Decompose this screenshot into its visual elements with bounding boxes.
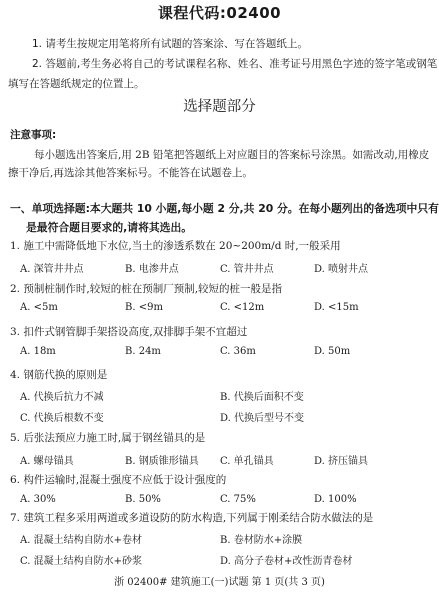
question-stem: 1. 施工中需降低地下水位,当土的渗透系数在 20~200m/d 时,一般采用 (10, 238, 341, 253)
notes-heading: 注意事项: (10, 127, 56, 142)
option-a: A. 深管井井点 (20, 260, 84, 275)
course-code-heading: 课程代码:02400 (0, 2, 439, 23)
option-d: D. 高分子卷材+改性沥青卷材 (220, 552, 352, 567)
option-c: C. 36m (220, 346, 256, 357)
option-c: C. 75% (220, 494, 256, 505)
option-b: B. 代换后面积不变 (220, 388, 304, 403)
part-one-heading-1: 一、单项选择题:本大题共 10 小题,每小题 2 分,共 20 分。在每小题列出… (10, 201, 439, 216)
option-b: B. 卷材防水+涂膜 (220, 531, 302, 546)
option-b: B. 电渗井点 (125, 260, 179, 275)
option-c: C. 代换后根数不变 (20, 409, 104, 424)
option-a: A. 30% (20, 494, 56, 505)
question-stem: 5. 后张法预应力施工时,属于钢丝锚具的是 (10, 430, 205, 445)
instruction-1: 1. 请考生按规定用笔将所有试题的答案涂、写在答题纸上。 (32, 36, 308, 51)
question-stem: 4. 钢筋代换的原则是 (10, 367, 107, 382)
option-c: C. 管井井点 (220, 260, 274, 275)
section-title: 选择题部分 (0, 95, 439, 116)
question-stem: 2. 预制桩制作时,较短的桩在预制厂预制,较短的桩一般是指 (10, 281, 282, 296)
option-b: B. 50% (125, 494, 161, 505)
option-c: C. 混凝土结构自防水+砂浆 (20, 552, 142, 567)
option-d: D. 代换后型号不变 (220, 409, 304, 424)
part-one-heading-2: 是最符合题目要求的,请将其选出。 (26, 220, 192, 235)
instruction-2: 2. 答题前,考生务必将自己的考试课程名称、姓名、准考证号用黑色字迹的签字笔或钢… (32, 56, 437, 71)
option-c: C. <12m (220, 302, 264, 313)
question-stem: 7. 建筑工程多采用两道或多道设防的防水构造,下列属于刚柔结合防水做法的是 (10, 510, 373, 525)
option-d: D. 挤压锚具 (314, 452, 368, 467)
option-d: D. 喷射井点 (314, 260, 368, 275)
option-d: D. 100% (314, 494, 357, 505)
option-a: A. 螺母锚具 (20, 452, 74, 467)
option-a: A. 18m (20, 346, 56, 357)
question-stem: 6. 构件运输时,混凝土强度不应低于设计强度的 (10, 472, 226, 487)
option-a: A. 代换后抗力不减 (20, 388, 104, 403)
page-footer: 浙 02400# 建筑施工(一)试题 第 1 页(共 3 页) (0, 573, 439, 588)
option-a: A. <5m (20, 302, 58, 313)
option-b: B. <9m (125, 302, 163, 313)
option-a: A. 混凝土结构自防水+卷材 (20, 531, 142, 546)
option-b: B. 钢质锥形锚具 (125, 452, 199, 467)
option-d: D. 50m (314, 346, 350, 357)
notes-line-2: 擦干净后,再选涂其他答案标号。不能答在试题卷上。 (8, 165, 253, 180)
notes-line-1: 每小题选出答案后,用 2B 铅笔把答题纸上对应题目的答案标号涂黑。如需改动,用橡… (34, 147, 429, 162)
question-stem: 3. 扣件式钢管脚手架搭设高度,双排脚手架不宜超过 (10, 324, 247, 339)
instruction-2-cont: 填写在答题纸规定的位置上。 (8, 76, 145, 91)
option-b: B. 24m (125, 346, 161, 357)
option-d: D. <15m (314, 302, 359, 313)
option-c: C. 单孔锚具 (220, 452, 274, 467)
